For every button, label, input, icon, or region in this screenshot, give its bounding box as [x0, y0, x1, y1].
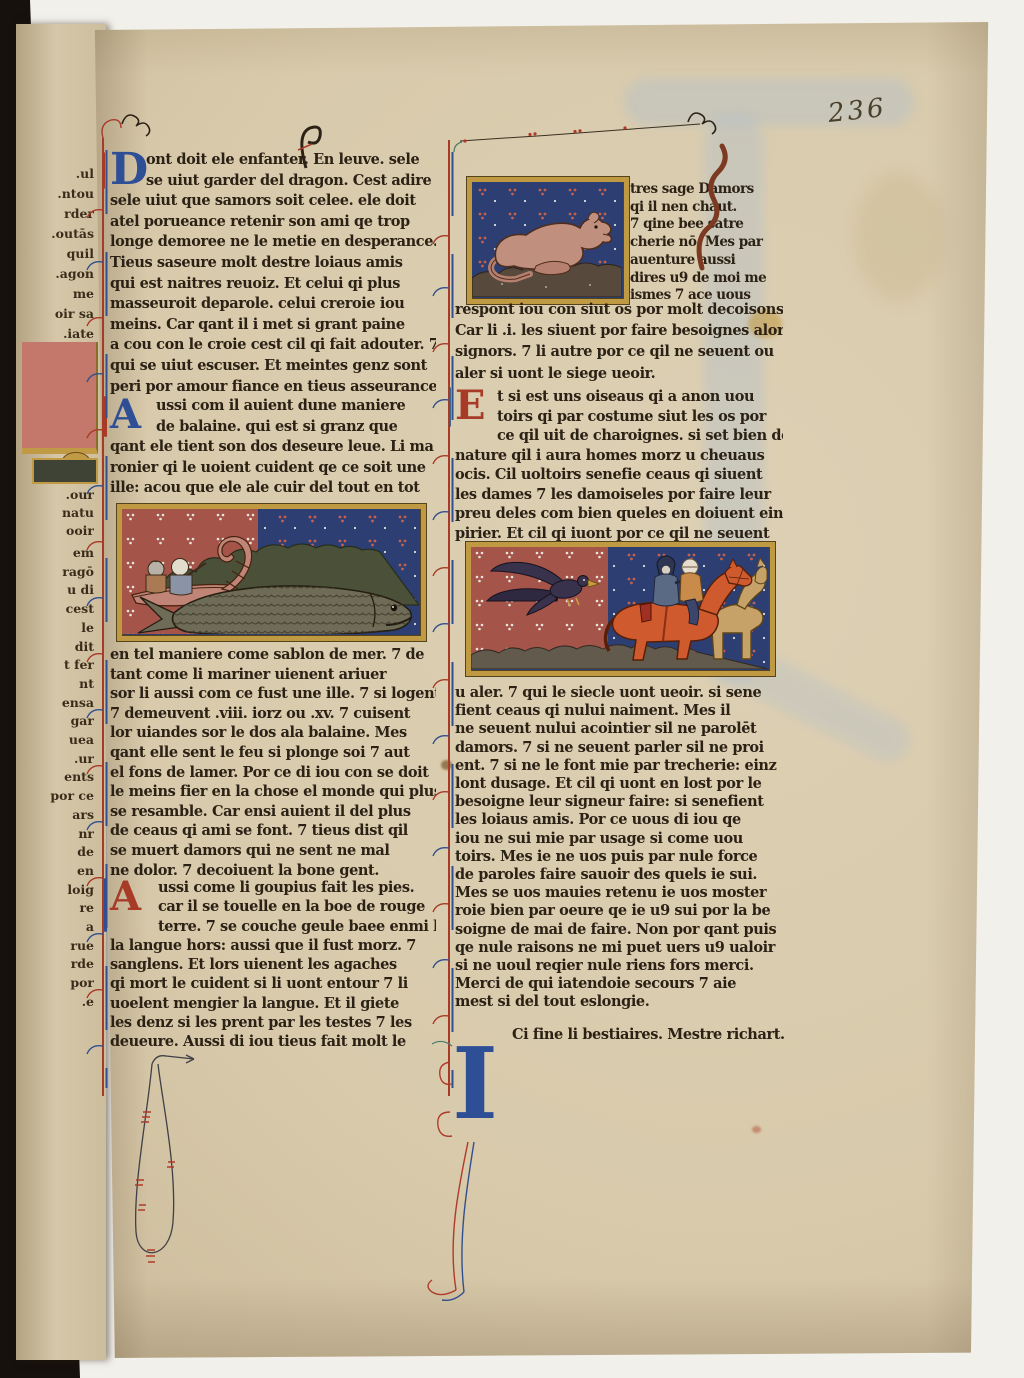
text-line: iate. [16, 324, 94, 344]
text-line: nt [16, 675, 94, 694]
paragraph-lines: ussi come li goupius fait les pies.car i… [110, 878, 436, 1052]
text-line: 7 qine bee satre [630, 216, 784, 234]
text-line: damors. 7 si ne seuent parler sil ne pro… [455, 739, 783, 757]
text-line: por [16, 974, 94, 993]
text-line: u aler. 7 qui le siecle uont ueoir. si s… [455, 684, 783, 702]
parchment-stain [441, 760, 452, 770]
text-line: t si est uns oiseaus qi a anon uou [497, 387, 783, 407]
text-line: oir sa [16, 304, 94, 324]
text-line: uoelent mengier la langue. Et il giete [110, 994, 436, 1013]
text-line: dires u9 de moi me [630, 270, 784, 288]
text-line: lor uiandes sor le dos ala balaine. Mes [110, 723, 436, 743]
text-line: rue [16, 937, 94, 956]
text-line: ents [16, 768, 94, 787]
text-line: qui se uiut escuser. Et meintes genz son… [110, 356, 436, 377]
whale-miniature-art [122, 509, 419, 634]
text-line: nr [16, 825, 94, 844]
text-line: toirs qi par costume siut les os por [497, 407, 783, 427]
right-column-paragraph-vulture: E t si est uns oiseaus qi a anon uoutoir… [455, 387, 783, 543]
whale-and-ship-miniature [117, 504, 426, 641]
text-line: quil [16, 244, 94, 264]
paragraph-lines: u aler. 7 qui le siecle uont ueoir. si s… [455, 684, 783, 1012]
text-line: si ne uoul reqier nule riens fors merci. [455, 957, 783, 975]
text-line: Tieus saseure molt destre loiaus amis [110, 253, 436, 274]
right-column-paragraph-full: respont iou con siut os por molt decoiso… [455, 299, 783, 384]
text-line: mest si del tout eslongie. [455, 993, 783, 1011]
text-line: signors. 7 li autre por ce qil ne seuent… [455, 341, 783, 362]
text-line: a cou con le croie cest cil qi fait adou… [110, 335, 436, 356]
text-line: fient ceaus qi nului naiment. Mes il [455, 702, 783, 720]
text-line: de ceaus qi ami se font. 7 tieus dist qi… [110, 821, 436, 841]
text-line: me [16, 284, 94, 304]
text-line: sanglens. Et lors uienent les agaches [110, 955, 436, 974]
parchment-stain [752, 1126, 761, 1133]
text-line: se resamble. Car ensi auient il del plus [110, 802, 436, 822]
text-line: sor li aussi com ce fust une ille. 7 si … [110, 684, 436, 704]
text-line: ocis. Cil uoltoirs senefie ceaus qi siue… [455, 465, 783, 485]
illuminated-initial-e: E [455, 387, 497, 427]
text-line: ille: acou que ele ale cuir del tout en … [110, 478, 436, 499]
text-line: qi mort le cuident si li uont entour 7 l… [110, 974, 436, 993]
text-line: ent. 7 si ne le font mie par trecherie: … [455, 757, 783, 775]
right-column-paragraph-closing: u aler. 7 qui le siecle uont ueoir. si s… [455, 684, 783, 1012]
text-line: qi il nen chaut. [630, 199, 784, 217]
text-line: aler si uont le siege ueoir. [455, 363, 783, 384]
vulture-and-riders-miniature [466, 542, 775, 676]
illuminated-initial-a-red: A [110, 878, 158, 918]
folio-number: 236 [827, 93, 888, 129]
text-line: natu [16, 504, 94, 522]
text-line: soigne de mai de faire. Non por qant pui… [455, 921, 783, 939]
illuminated-initial-d: D [110, 150, 146, 191]
text-line: ars [16, 806, 94, 825]
text-line: peri por amour fiance en tieus asseuranc… [110, 377, 436, 398]
text-line: nature qil i aura homes morz u cheuaus [455, 446, 783, 466]
text-line: se muert damors qui ne sent ne mal [110, 841, 436, 861]
left-column-paragraph-weasel: D ont doit ele enfanter. En leuve. seles… [110, 150, 436, 397]
text-line: iou ne sui mie par usage si come uou [455, 830, 783, 848]
text-line: lont dusage. Et cil qi uont en lost por … [455, 775, 783, 793]
text-line: outās. [16, 224, 94, 244]
text-line: longe demoree ne le metie en desperance. [110, 232, 436, 253]
text-line: deueure. Aussi di iou tieus fait molt le [110, 1032, 436, 1051]
text-line: ragō [16, 563, 94, 582]
text-line: ussi com il auient dune maniere [156, 396, 436, 417]
text-line: ne seuent nului acointier sil ne parolēt [455, 720, 783, 738]
text-line: terre. 7 se couche geule baee enmi lauoi… [158, 917, 436, 936]
paragraph-lines: respont iou con siut os por molt decoiso… [455, 299, 783, 384]
text-line: besoigne leur signeur faire: si senefien… [455, 793, 783, 811]
text-line: Car li .i. les siuent por faire besoigne… [455, 320, 783, 341]
text-line: Mes se uos mauies retenu ie uos moster [455, 884, 783, 902]
text-line: les loiaus amis. Por ce uous di iou qe [455, 811, 783, 829]
text-line: re [16, 899, 94, 918]
dog-miniature-art [472, 182, 622, 297]
text-line: atel porueance retenir son ami qe trop [110, 212, 436, 233]
text-line: u di [16, 581, 94, 600]
text-line: qant ele tient son dos deseure leue. Li … [110, 437, 436, 458]
text-line: le [16, 619, 94, 638]
text-line: a [16, 918, 94, 937]
illuminated-initial-a: A [110, 396, 156, 437]
text-line: 7 demeuvent .viii. iorz ou .xv. 7 cuisen… [110, 704, 436, 724]
paragraph-lines: t si est uns oiseaus qi a anon uoutoirs … [455, 387, 783, 543]
text-line: ur. [16, 750, 94, 769]
manuscript-photo: ul.ntou.rderoutās.quilagon.meoir saiate.… [0, 0, 1024, 1378]
text-line: de paroles faire sauoir des quels ie sui… [455, 866, 783, 884]
text-line: meins. Car qant il i met si grant paine [110, 315, 436, 336]
text-line: car il se touelle en la boe de rouge [158, 897, 436, 916]
text-line: ntou. [16, 184, 94, 204]
text-line: ce qil uit de charoignes. si set bien de… [497, 426, 783, 446]
text-line: roie bien par oeure qe ie u9 sui por la … [455, 902, 783, 920]
dog-miniature [467, 177, 629, 304]
text-line: qe nule raisons ne mi puet uers u9 ualoi… [455, 939, 783, 957]
text-line: les denz si les prent par les testes 7 l… [110, 1013, 436, 1032]
text-line: se uiut garder del dragon. Cest adire qe [146, 171, 436, 192]
text-line: ronier qi le uoient cuident qe ce soit u… [110, 458, 436, 479]
text-line: preu deles com bien queles en doiuent ei… [455, 504, 783, 524]
text-line: toirs. Mes ie ne uos puis par nule force [455, 848, 783, 866]
text-line: les dames 7 les damoiseles por faire leu… [455, 485, 783, 505]
left-column-paragraph-whale: A ussi com il auient dune manierede bala… [110, 396, 436, 499]
text-line: le meins fier en la chose el monde qui p… [110, 782, 436, 802]
text-line: loig [16, 881, 94, 900]
text-line: masseuroit deparole. celui creroie iou [110, 294, 436, 315]
text-line: por ce [16, 787, 94, 806]
explicit-line: Ci fine li bestiaires. Mestre richart. [512, 1026, 804, 1044]
text-line: tres sage Damors [630, 181, 784, 199]
text-line: tant come li mariner uienent ariuer [110, 665, 436, 685]
text-line: en tel maniere come sablon de mer. 7 de [110, 645, 436, 665]
text-line: respont iou con siut os por molt decoiso… [455, 299, 783, 320]
text-line: dit [16, 638, 94, 657]
explicit-text: Ci fine li bestiaires. Mestre richart. [512, 1026, 785, 1043]
paragraph-lines: ussi com il auient dune manierede balain… [110, 396, 436, 499]
text-line: ul. [16, 164, 94, 184]
paragraph-lines: en tel maniere come sablon de mer. 7 det… [110, 645, 436, 880]
text-line: en [16, 862, 94, 881]
text-line: our. [16, 486, 94, 504]
text-line: ont doit ele enfanter. En leuve. sele [146, 150, 436, 171]
vulture-miniature-art [471, 547, 768, 669]
text-line: qant elle sent le feu si plonge soi 7 au… [110, 743, 436, 763]
previous-folio-miniature-fragment [22, 342, 98, 454]
text-line: cest [16, 600, 94, 619]
text-line: ooir [16, 522, 94, 540]
text-line: qui est naitres reuoiz. Et celui qi plus [110, 274, 436, 295]
left-column-paragraph-whale-continued: en tel maniere come sablon de mer. 7 det… [110, 645, 436, 880]
text-line: de [16, 843, 94, 862]
previous-folio-miniature-fragment-lower [32, 458, 98, 484]
text-line: auenture aussi [630, 252, 784, 270]
previous-folio-text-fragments: ul.ntou.rderoutās.quilagon.meoir saiate. [16, 164, 94, 344]
paragraph-lines: ont doit ele enfanter. En leuve. selese … [110, 150, 436, 397]
text-line: agon. [16, 264, 94, 284]
text-line: sele uiut que samors soit celee. ele doi… [110, 191, 436, 212]
parchment-stain [854, 172, 944, 302]
right-column-lines-beside-miniature: tres sage Damorsqi il nen chaut.7 qine b… [630, 181, 784, 305]
previous-folio-text-fragments: emragōu dicestleditt ferntensagarueaur.e… [16, 544, 94, 1012]
text-line: ensa [16, 694, 94, 713]
paragraph-lines: tres sage Damorsqi il nen chaut.7 qine b… [630, 181, 784, 305]
previous-folio-text-fragments: our.natuooir [16, 486, 94, 540]
text-line: t fer [16, 656, 94, 675]
left-column-paragraph-fox: A ussi come li goupius fait les pies.car… [110, 878, 436, 1052]
text-line: gar [16, 712, 94, 731]
text-line: uea [16, 731, 94, 750]
text-line: rde [16, 955, 94, 974]
text-line: Merci de qui iatendoie secours 7 aie [455, 975, 783, 993]
text-line: ussi come li goupius fait les pies. [158, 878, 436, 897]
text-line: pirier. Et cil qi iuont por ce qil ne se… [455, 524, 783, 544]
text-line: de balaine. qui est si granz que [156, 417, 436, 438]
text-line: cherie nō. Mes par [630, 234, 784, 252]
text-line: em [16, 544, 94, 563]
illuminated-initial-i: I [452, 1038, 498, 1132]
previous-folio-edge: ul.ntou.rderoutās.quilagon.meoir saiate.… [16, 24, 106, 1360]
text-line: e. [16, 993, 94, 1012]
text-line: la langue hors: aussi que il fust morz. … [110, 936, 436, 955]
text-line: rder [16, 204, 94, 224]
text-line: el fons de lamer. Por ce di iou con se d… [110, 763, 436, 783]
